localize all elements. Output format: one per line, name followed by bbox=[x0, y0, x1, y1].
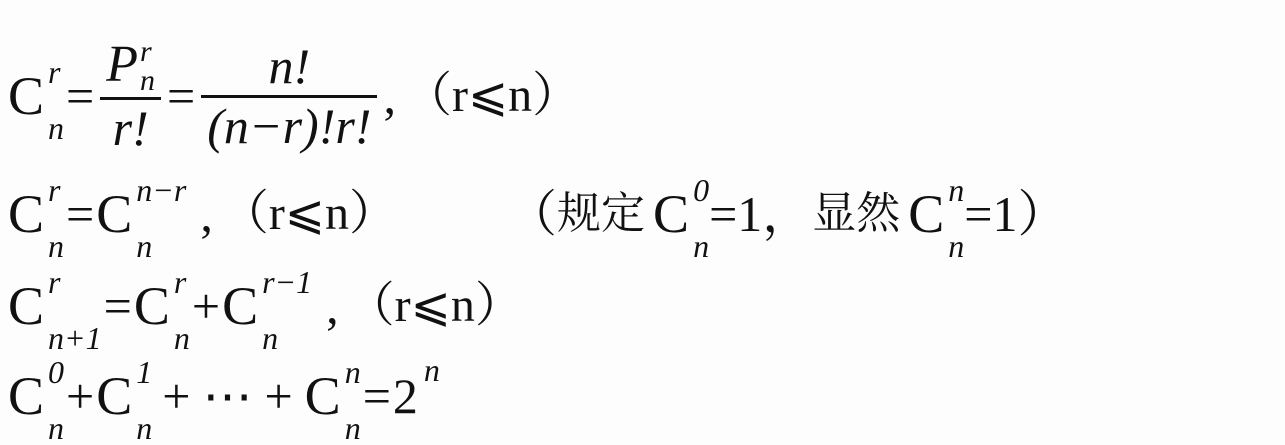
formula-symmetry: C rn = C n−rn , （r⩽n） （ 规定 C 0n =1 ， 显然 … bbox=[8, 180, 1278, 248]
fraction-permutation: Prn r! bbox=[100, 38, 161, 155]
formula-sum: C 0n + C 1n + ⋯ + C nn = 2 n bbox=[8, 362, 440, 430]
convention-note: （ 规定 C 0n =1 ， 显然 C nn =1 ） bbox=[507, 180, 1067, 248]
combination-term: C rn bbox=[8, 62, 64, 130]
ellipsis: ⋯ bbox=[202, 371, 252, 421]
equals-sign: = bbox=[66, 71, 94, 121]
condition: （r⩽n） bbox=[347, 282, 523, 330]
formula-definition: C rn = Prn r! = n! (n−r)!r! , （r⩽n） bbox=[8, 38, 580, 155]
fraction-factorial: n! (n−r)!r! bbox=[201, 40, 377, 152]
formula-pascal: C rn+1 = C rn + C r−1n , （r⩽n） bbox=[8, 272, 523, 340]
condition: （r⩽n） bbox=[404, 72, 580, 120]
equals-sign: = bbox=[167, 71, 195, 121]
condition: （r⩽n） bbox=[221, 190, 397, 238]
